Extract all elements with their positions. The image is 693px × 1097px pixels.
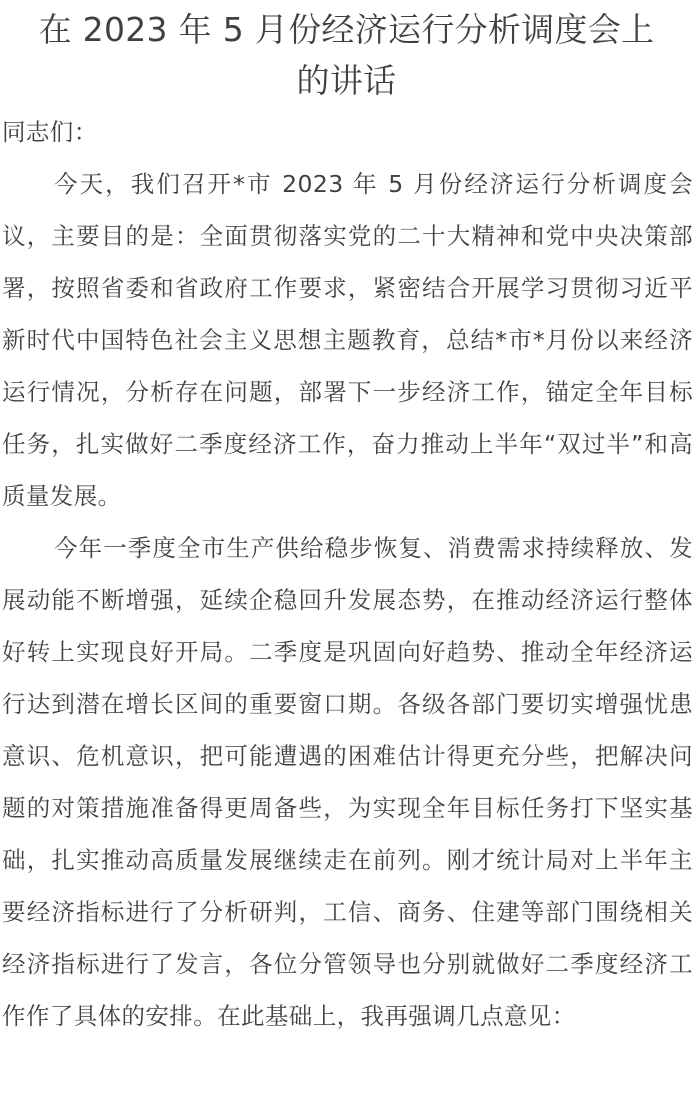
paragraph-2: 今年一季度全市生产供给稳步恢复、消费需求持续释放、发展动能不断增强，延续企稳回升… bbox=[2, 522, 693, 1042]
title-line-1: 在 2023 年 5 月份经济运行分析调度会上 bbox=[39, 10, 655, 49]
document: 在 2023 年 5 月份经济运行分析调度会上 的讲话 同志们： 今天，我们召开… bbox=[0, 0, 693, 1042]
document-body: 同志们： 今天，我们召开*市 2023 年 5 月份经济运行分析调度会议，主要目… bbox=[0, 106, 693, 1042]
document-title: 在 2023 年 5 月份经济运行分析调度会上 的讲话 bbox=[0, 0, 693, 106]
greeting: 同志们： bbox=[2, 106, 693, 158]
paragraph-1: 今天，我们召开*市 2023 年 5 月份经济运行分析调度会议，主要目的是：全面… bbox=[2, 158, 693, 522]
title-line-2: 的讲话 bbox=[297, 61, 397, 100]
